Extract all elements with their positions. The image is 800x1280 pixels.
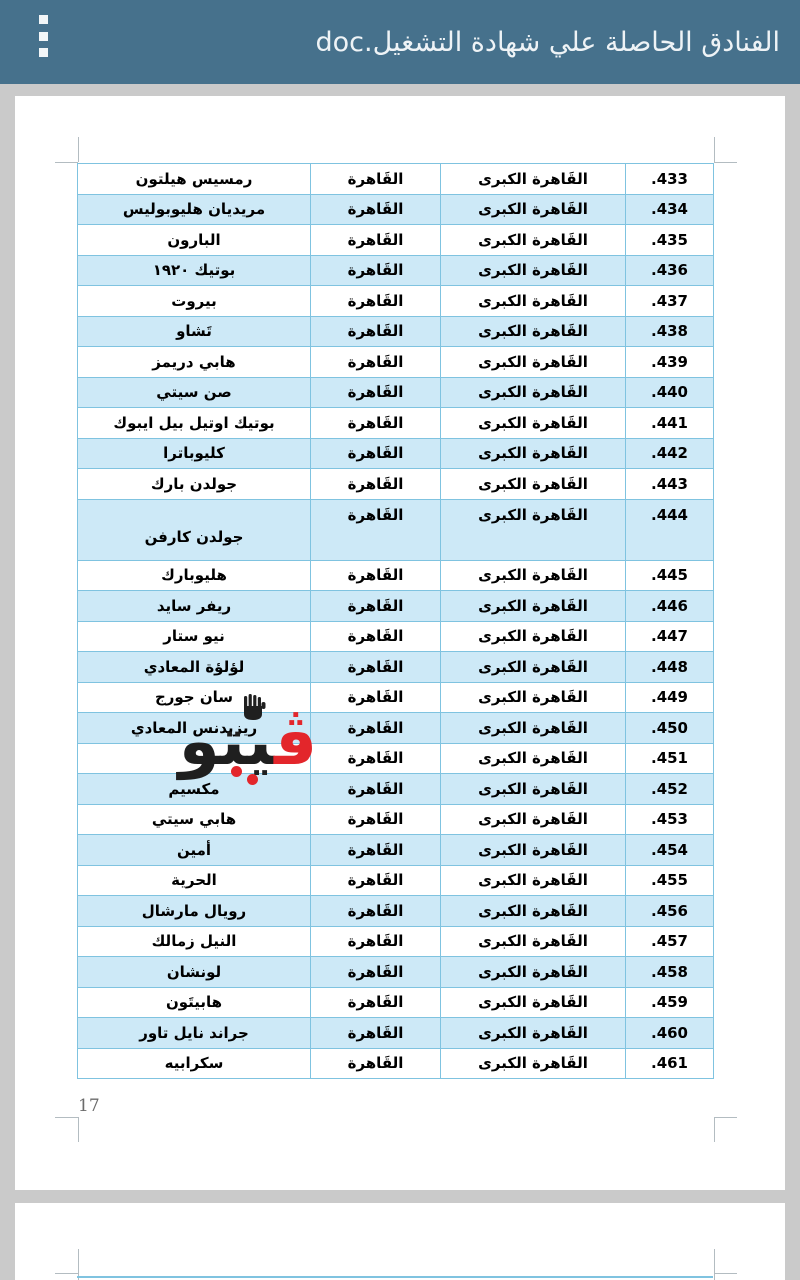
table-row: 445.القَاهرة الكبرىالقَاهرةهليوبارك — [78, 560, 714, 591]
hotels-table: 433.القَاهرة الكبرىالقَاهرةرمسيس هيلتون4… — [77, 163, 714, 1079]
hotel-name-cell: هابيتَون — [78, 987, 311, 1018]
table-row: 460.القَاهرة الكبرىالقَاهرةجراند نايل تا… — [78, 1018, 714, 1049]
region-cell: القَاهرة الكبرى — [441, 804, 626, 835]
hotel-name-cell: البارون — [78, 225, 311, 256]
region-cell: القَاهرة الكبرى — [441, 164, 626, 195]
city-cell: القَاهرة — [311, 713, 441, 744]
region-cell: القَاهرة الكبرى — [441, 713, 626, 744]
region-cell: القَاهرة الكبرى — [441, 1018, 626, 1049]
region-cell: القَاهرة الكبرى — [441, 377, 626, 408]
row-index-cell: 440. — [626, 377, 714, 408]
row-index-cell: 453. — [626, 804, 714, 835]
table-row: 444.القَاهرة الكبرىالقَاهرةجولدن كارفن — [78, 499, 714, 560]
region-cell: القَاهرة الكبرى — [441, 957, 626, 988]
table-row: 450.القَاهرة الكبرىالقَاهرةريزيدنس المعا… — [78, 713, 714, 744]
city-cell: القَاهرة — [311, 560, 441, 591]
app-bar: الفنادق الحاصلة علي شهادة التشغيل.doc — [0, 0, 800, 84]
row-index-cell: 443. — [626, 469, 714, 500]
page-number: 17 — [78, 1096, 100, 1116]
city-cell: القَاهرة — [311, 1048, 441, 1079]
city-cell: القَاهرة — [311, 835, 441, 866]
table-row: 435.القَاهرة الكبرىالقَاهرةالبارون — [78, 225, 714, 256]
table-row: 458.القَاهرة الكبرىالقَاهرةلونشان — [78, 957, 714, 988]
hotel-name-cell: تَشاو — [78, 316, 311, 347]
hotel-name-cell: لؤلؤة المعادي — [78, 652, 311, 683]
table-row: 461.القَاهرة الكبرىالقَاهرةسكرابيه — [78, 1048, 714, 1079]
hotel-name-cell: بوتيك اوتيل بيل ايبوك — [78, 408, 311, 439]
row-index-cell: 458. — [626, 957, 714, 988]
crop-mark-top-right-v — [714, 137, 715, 162]
hotel-name-cell: مكسيم — [78, 774, 311, 805]
region-cell: القَاهرة الكبرى — [441, 469, 626, 500]
next-page-table-border — [77, 1276, 713, 1278]
table-row: 453.القَاهرة الكبرىالقَاهرةهابي سيتي — [78, 804, 714, 835]
row-index-cell: 438. — [626, 316, 714, 347]
crop-mark-bottom-right-v — [714, 1117, 715, 1142]
table-row: 434.القَاهرة الكبرىالقَاهرةمريديان هليوب… — [78, 194, 714, 225]
city-cell: القَاهرة — [311, 804, 441, 835]
crop-mark-page2-right-v — [714, 1249, 715, 1280]
hotel-name-cell: ريزيدنس المعادي — [78, 713, 311, 744]
hotel-name-cell: هابي سيتي — [78, 804, 311, 835]
table-row: 449.القَاهرة الكبرىالقَاهرةسان جورج — [78, 682, 714, 713]
row-index-cell: 435. — [626, 225, 714, 256]
hotels-table-body: 433.القَاهرة الكبرىالقَاهرةرمسيس هيلتون4… — [78, 164, 714, 1079]
hotel-name-cell: سان جورج — [78, 682, 311, 713]
city-cell: القَاهرة — [311, 591, 441, 622]
region-cell: القَاهرة الكبرى — [441, 1048, 626, 1079]
crop-mark-top-left-h — [55, 162, 78, 163]
region-cell: القَاهرة الكبرى — [441, 682, 626, 713]
city-cell: القَاهرة — [311, 682, 441, 713]
hotel-name-cell — [78, 743, 311, 774]
table-row: 438.القَاهرة الكبرىالقَاهرةتَشاو — [78, 316, 714, 347]
row-index-cell: 455. — [626, 865, 714, 896]
city-cell: القَاهرة — [311, 499, 441, 560]
table-row: 455.القَاهرة الكبرىالقَاهرةالحرية — [78, 865, 714, 896]
row-index-cell: 445. — [626, 560, 714, 591]
hotel-name-cell: رويال مارشال — [78, 896, 311, 927]
row-index-cell: 454. — [626, 835, 714, 866]
table-row: 443.القَاهرة الكبرىالقَاهرةجولدن بارك — [78, 469, 714, 500]
row-index-cell: 460. — [626, 1018, 714, 1049]
city-cell: القَاهرة — [311, 865, 441, 896]
document-page-2 — [15, 1203, 785, 1280]
hotel-name-cell: الحرية — [78, 865, 311, 896]
region-cell: القَاهرة الكبرى — [441, 316, 626, 347]
hotel-name-cell: أمين — [78, 835, 311, 866]
hotel-name-cell: النيل زمالك — [78, 926, 311, 957]
hotel-name-cell: مريديان هليوبوليس — [78, 194, 311, 225]
row-index-cell: 457. — [626, 926, 714, 957]
city-cell: القَاهرة — [311, 469, 441, 500]
city-cell: القَاهرة — [311, 316, 441, 347]
crop-mark-top-right-h — [714, 162, 737, 163]
city-cell: القَاهرة — [311, 225, 441, 256]
table-row: 454.القَاهرة الكبرىالقَاهرةأمين — [78, 835, 714, 866]
city-cell: القَاهرة — [311, 987, 441, 1018]
region-cell: القَاهرة الكبرى — [441, 835, 626, 866]
table-row: 452.القَاهرة الكبرىالقَاهرةمكسيم — [78, 774, 714, 805]
hotel-name-cell: نيو ستار — [78, 621, 311, 652]
table-row: 451.القَاهرة الكبرىالقَاهرة — [78, 743, 714, 774]
row-index-cell: 436. — [626, 255, 714, 286]
city-cell: القَاهرة — [311, 194, 441, 225]
row-index-cell: 437. — [626, 286, 714, 317]
row-index-cell: 434. — [626, 194, 714, 225]
city-cell: القَاهرة — [311, 164, 441, 195]
region-cell: القَاهرة الكبرى — [441, 591, 626, 622]
city-cell: القَاهرة — [311, 1018, 441, 1049]
region-cell: القَاهرة الكبرى — [441, 255, 626, 286]
region-cell: القَاهرة الكبرى — [441, 987, 626, 1018]
city-cell: القَاهرة — [311, 438, 441, 469]
screen: الفنادق الحاصلة علي شهادة التشغيل.doc 43… — [0, 0, 800, 1280]
region-cell: القَاهرة الكبرى — [441, 652, 626, 683]
hotel-name-cell: رمسيس هيلتون — [78, 164, 311, 195]
table-row: 448.القَاهرة الكبرىالقَاهرةلؤلؤة المعادي — [78, 652, 714, 683]
hotel-name-cell: جراند نايل تاور — [78, 1018, 311, 1049]
hotel-name-cell: بيروت — [78, 286, 311, 317]
document-title: الفنادق الحاصلة علي شهادة التشغيل.doc — [316, 27, 800, 58]
hotel-name-cell: صن سيتي — [78, 377, 311, 408]
table-row: 447.القَاهرة الكبرىالقَاهرةنيو ستار — [78, 621, 714, 652]
table-row: 459.القَاهرة الكبرىالقَاهرةهابيتَون — [78, 987, 714, 1018]
hotel-name-cell: ريفر سايد — [78, 591, 311, 622]
hotel-name-cell: كليوباترا — [78, 438, 311, 469]
crop-mark-bottom-left-h — [55, 1117, 78, 1118]
table-row: 439.القَاهرة الكبرىالقَاهرةهابي دريمز — [78, 347, 714, 378]
row-index-cell: 439. — [626, 347, 714, 378]
region-cell: القَاهرة الكبرى — [441, 194, 626, 225]
region-cell: القَاهرة الكبرى — [441, 286, 626, 317]
table-row: 433.القَاهرة الكبرىالقَاهرةرمسيس هيلتون — [78, 164, 714, 195]
crop-mark-bottom-right-h — [714, 1117, 737, 1118]
hotel-name-cell: جولدن بارك — [78, 469, 311, 500]
crop-mark-page2-left-h — [55, 1273, 78, 1274]
row-index-cell: 441. — [626, 408, 714, 439]
hotel-name-cell: هليوبارك — [78, 560, 311, 591]
region-cell: القَاهرة الكبرى — [441, 743, 626, 774]
hotel-name-cell: جولدن كارفن — [78, 499, 311, 560]
city-cell: القَاهرة — [311, 926, 441, 957]
city-cell: القَاهرة — [311, 377, 441, 408]
hotel-name-cell: بوتيك ١٩٢٠ — [78, 255, 311, 286]
city-cell: القَاهرة — [311, 621, 441, 652]
row-index-cell: 442. — [626, 438, 714, 469]
crop-mark-page2-right-h — [714, 1273, 737, 1274]
crop-mark-top-left-v — [78, 137, 79, 162]
city-cell: القَاهرة — [311, 774, 441, 805]
region-cell: القَاهرة الكبرى — [441, 347, 626, 378]
document-page-1: 433.القَاهرة الكبرىالقَاهرةرمسيس هيلتون4… — [15, 96, 785, 1190]
city-cell: القَاهرة — [311, 408, 441, 439]
row-index-cell: 444. — [626, 499, 714, 560]
region-cell: القَاهرة الكبرى — [441, 560, 626, 591]
city-cell: القَاهرة — [311, 957, 441, 988]
city-cell: القَاهرة — [311, 896, 441, 927]
row-index-cell: 452. — [626, 774, 714, 805]
city-cell: القَاهرة — [311, 347, 441, 378]
table-row: 456.القَاهرة الكبرىالقَاهرةرويال مارشال — [78, 896, 714, 927]
city-cell: القَاهرة — [311, 286, 441, 317]
region-cell: القَاهرة الكبرى — [441, 865, 626, 896]
table-row: 442.القَاهرة الكبرىالقَاهرةكليوباترا — [78, 438, 714, 469]
table-row: 436.القَاهرة الكبرىالقَاهرةبوتيك ١٩٢٠ — [78, 255, 714, 286]
table-row: 440.القَاهرة الكبرىالقَاهرةصن سيتي — [78, 377, 714, 408]
row-index-cell: 450. — [626, 713, 714, 744]
hotel-name-cell: سكرابيه — [78, 1048, 311, 1079]
hotel-name-cell: هابي دريمز — [78, 347, 311, 378]
region-cell: القَاهرة الكبرى — [441, 408, 626, 439]
row-index-cell: 451. — [626, 743, 714, 774]
region-cell: القَاهرة الكبرى — [441, 774, 626, 805]
city-cell: القَاهرة — [311, 743, 441, 774]
row-index-cell: 446. — [626, 591, 714, 622]
row-index-cell: 459. — [626, 987, 714, 1018]
table-row: 457.القَاهرة الكبرىالقَاهرةالنيل زمالك — [78, 926, 714, 957]
table-row: 446.القَاهرة الكبرىالقَاهرةريفر سايد — [78, 591, 714, 622]
region-cell: القَاهرة الكبرى — [441, 499, 626, 560]
region-cell: القَاهرة الكبرى — [441, 926, 626, 957]
crop-mark-bottom-left-v — [78, 1117, 79, 1142]
kebab-menu-icon[interactable] — [36, 15, 48, 57]
region-cell: القَاهرة الكبرى — [441, 225, 626, 256]
row-index-cell: 433. — [626, 164, 714, 195]
row-index-cell: 448. — [626, 652, 714, 683]
hotel-name-cell: لونشان — [78, 957, 311, 988]
row-index-cell: 447. — [626, 621, 714, 652]
region-cell: القَاهرة الكبرى — [441, 438, 626, 469]
table-row: 437.القَاهرة الكبرىالقَاهرةبيروت — [78, 286, 714, 317]
region-cell: القَاهرة الكبرى — [441, 896, 626, 927]
table-row: 441.القَاهرة الكبرىالقَاهرةبوتيك اوتيل ب… — [78, 408, 714, 439]
row-index-cell: 461. — [626, 1048, 714, 1079]
city-cell: القَاهرة — [311, 255, 441, 286]
region-cell: القَاهرة الكبرى — [441, 621, 626, 652]
row-index-cell: 456. — [626, 896, 714, 927]
row-index-cell: 449. — [626, 682, 714, 713]
city-cell: القَاهرة — [311, 652, 441, 683]
